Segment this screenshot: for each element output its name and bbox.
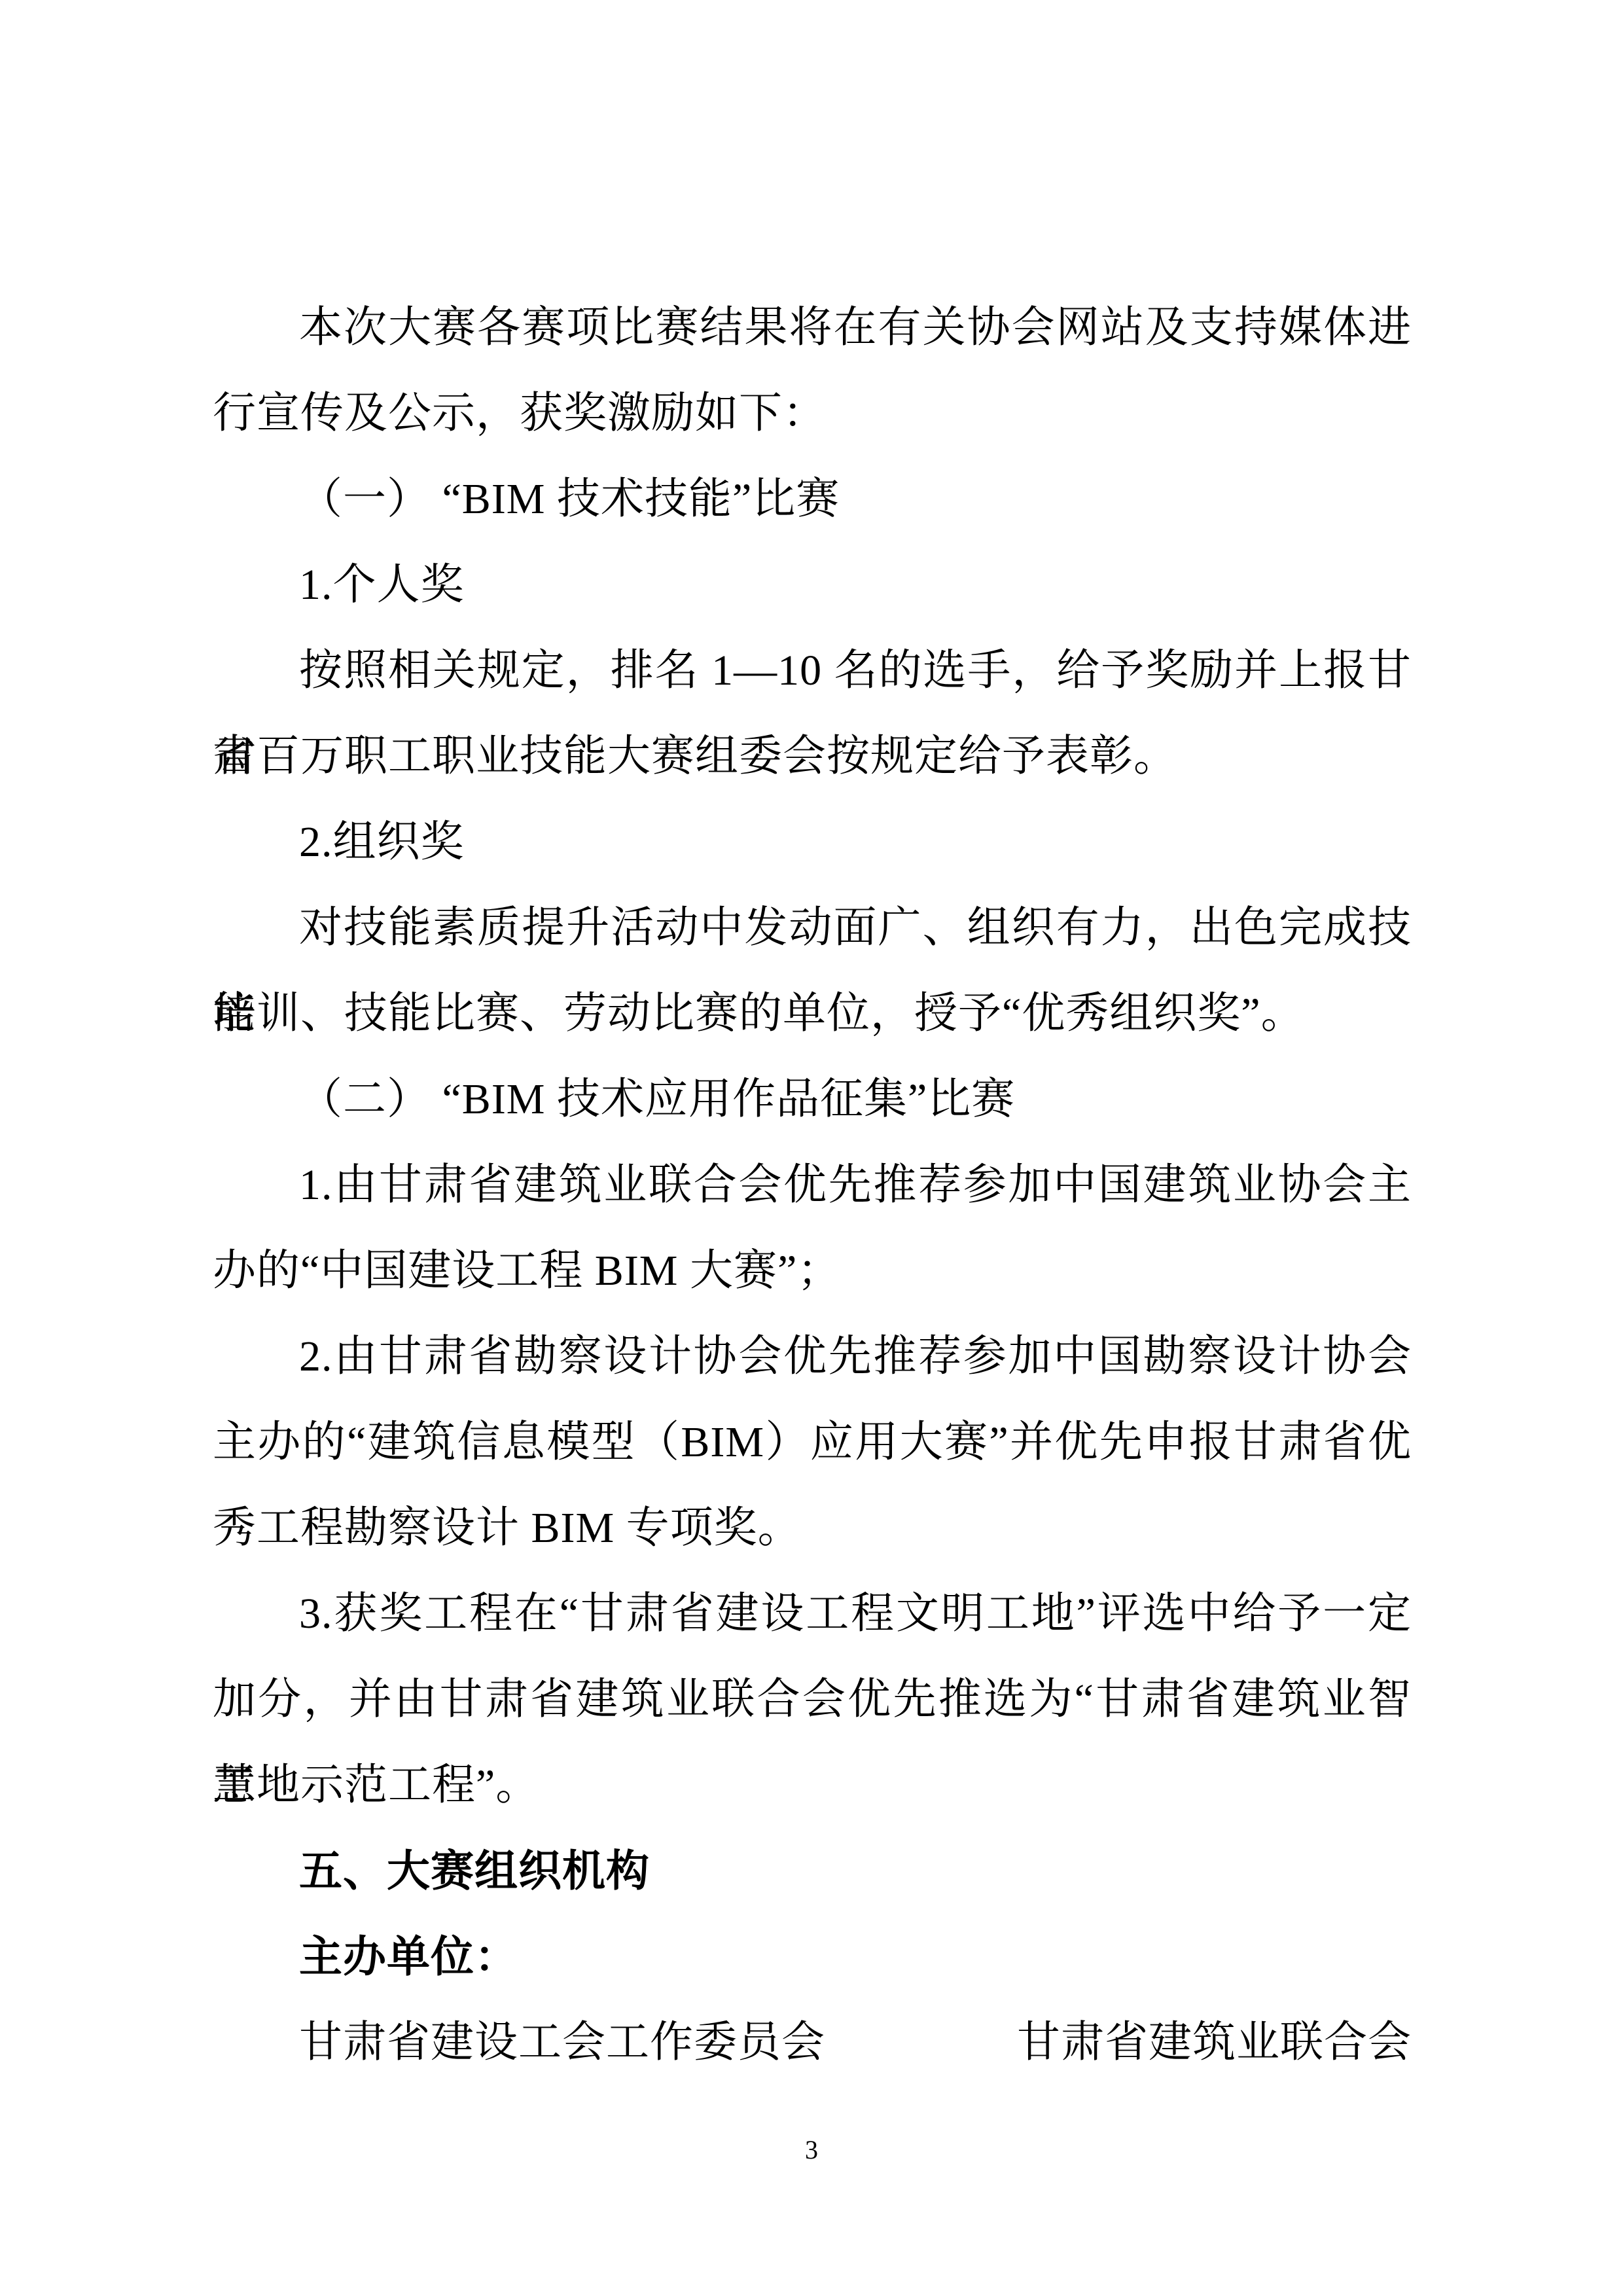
- text-line: （二） “BIM 技术应用作品征集”比赛: [213, 1056, 1412, 1142]
- text-line: （一） “BIM 技术技能”比赛: [213, 456, 1412, 542]
- text-line: 行宣传及公示，获奖激励如下：: [213, 370, 1412, 456]
- organizer-left: 甘肃省建设工会工作委员会: [299, 2000, 825, 2085]
- text-line: 办的“中国建设工程 BIM 大赛”；: [213, 1228, 1412, 1314]
- text-line: 主办的“建筑信息模型（BIM）应用大赛”并优先申报甘肃省优: [213, 1399, 1412, 1485]
- heading-line: 五、大赛组织机构: [213, 1828, 1412, 1914]
- text-line: 1.由甘肃省建筑业联合会优先推荐参加中国建筑业协会主: [213, 1142, 1412, 1228]
- text-line: 本次大赛各赛项比赛结果将在有关协会网站及支持媒体进: [213, 285, 1412, 370]
- text-line: 省百万职工职业技能大赛组委会按规定给予表彰。: [213, 713, 1412, 799]
- text-line: 1.个人奖: [213, 542, 1412, 628]
- text-line: 对技能素质提升活动中发动面广、组织有力，出色完成技能: [213, 885, 1412, 971]
- text-line: 3.获奖工程在“甘肃省建设工程文明工地”评选中给予一定: [213, 1571, 1412, 1657]
- text-line: 2.组织奖: [213, 799, 1412, 885]
- text-line: 工地示范工程”。: [213, 1742, 1412, 1828]
- text-line: 2.由甘肃省勘察设计协会优先推荐参加中国勘察设计协会: [213, 1314, 1412, 1399]
- heading-line: 主办单位：: [213, 1914, 1412, 2000]
- text-line: 按照相关规定，排名 1—10 名的选手，给予奖励并上报甘肃: [213, 628, 1412, 713]
- text-line: 秀工程勘察设计 BIM 专项奖。: [213, 1485, 1412, 1571]
- organizer-right: 甘肃省建筑业联合会: [1017, 2000, 1412, 2085]
- text-line: 加分，并由甘肃省建筑业联合会优先推选为“甘肃省建筑业智慧: [213, 1657, 1412, 1742]
- organizer-row: 甘肃省建设工会工作委员会甘肃省建筑业联合会: [213, 2000, 1412, 2085]
- document-body: 本次大赛各赛项比赛结果将在有关协会网站及支持媒体进行宣传及公示，获奖激励如下：（…: [213, 285, 1412, 2085]
- page-number: 3: [0, 2127, 1623, 2173]
- text-line: 培训、技能比赛、劳动比赛的单位，授予“优秀组织奖”。: [213, 971, 1412, 1056]
- document-page: 本次大赛各赛项比赛结果将在有关协会网站及支持媒体进行宣传及公示，获奖激励如下：（…: [0, 0, 1623, 2296]
